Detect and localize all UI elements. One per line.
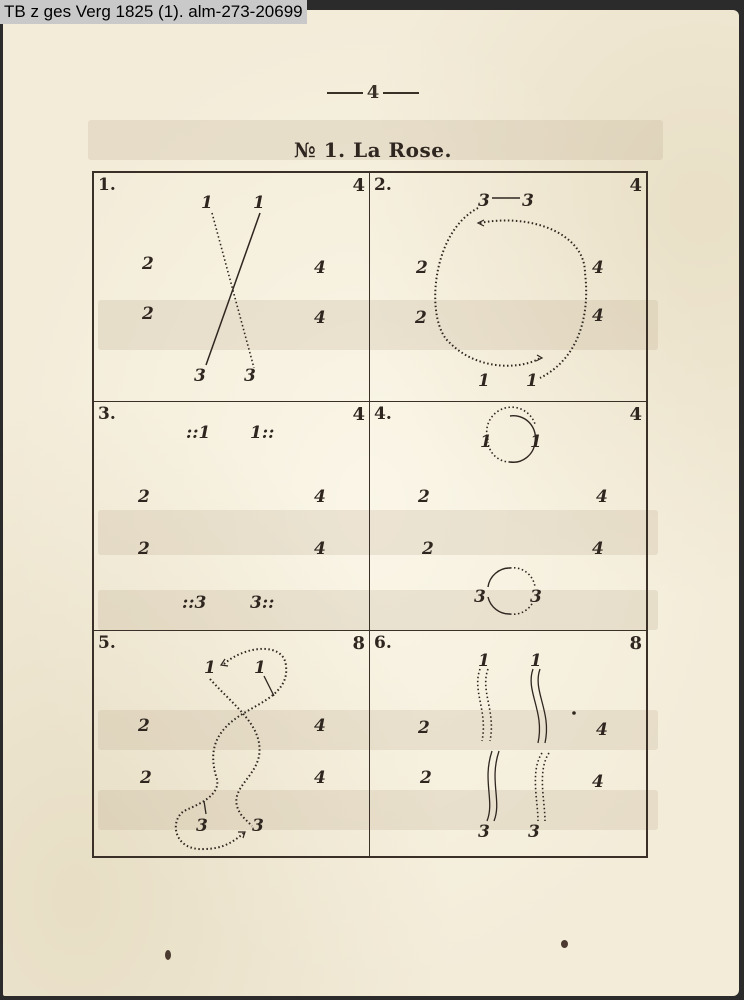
page-title: № 1. La Rose.	[253, 138, 493, 162]
svg-text:1: 1	[253, 193, 265, 213]
svg-text:4: 4	[314, 487, 326, 507]
figure-1-diagram: 1 1 2 2 4 4 3 3	[94, 173, 368, 401]
svg-text:4: 4	[596, 487, 608, 507]
svg-text:4: 4	[592, 258, 604, 278]
figure-grid: 1. 4 1 1 2 2 4 4 3 3 2. 4 3 3 2 2 4	[92, 171, 648, 858]
figure-6: 6. 8 1 1 2 2 4 4 3 3	[370, 631, 646, 856]
file-name-label: TB z ges Verg 1825 (1). alm-273-20699	[0, 0, 307, 24]
svg-text:2: 2	[421, 539, 434, 559]
svg-text:1: 1	[530, 651, 542, 671]
svg-text:2: 2	[139, 768, 152, 788]
figure-3: 3. 4 ::1 1:: 2 2 4 4 ::3 3::	[94, 402, 370, 631]
svg-text:4: 4	[314, 539, 326, 559]
figure-2-diagram: 3 3 2 2 4 4 1 1	[370, 173, 646, 401]
svg-text:2: 2	[417, 487, 430, 507]
svg-text:1: 1	[201, 193, 213, 213]
figure-5-diagram: 1 1 2 2 4 4 3 3	[94, 631, 368, 855]
svg-text:3: 3	[244, 366, 256, 386]
figure-4: 4. 4 1 1 2 2 4 4 3 3	[370, 402, 646, 631]
svg-text:4: 4	[592, 772, 604, 792]
svg-text:1: 1	[478, 371, 490, 391]
svg-text:3: 3	[478, 822, 490, 842]
figure-4-diagram: 1 1 2 2 4 4 3 3	[370, 402, 646, 630]
figure-2: 2. 4 3 3 2 2 4 4 1 1	[370, 173, 646, 402]
rule-right	[383, 92, 419, 94]
figure-3-diagram: ::1 1:: 2 2 4 4 ::3 3::	[94, 402, 368, 630]
svg-text:1: 1	[478, 651, 490, 671]
page-number-value: 4	[367, 82, 380, 103]
svg-text:4: 4	[314, 308, 326, 328]
svg-text:1: 1	[530, 432, 542, 452]
figure-6-diagram: 1 1 2 2 4 4 3 3	[370, 631, 646, 855]
ink-spot	[561, 940, 568, 948]
svg-text:4: 4	[314, 716, 326, 736]
svg-text:4: 4	[314, 258, 326, 278]
svg-text:1: 1	[480, 432, 492, 452]
svg-text:4: 4	[592, 306, 604, 326]
rule-left	[327, 92, 363, 94]
svg-text:4: 4	[596, 720, 608, 740]
figure-5: 5. 8 1 1 2 2 4 4 3 3	[94, 631, 370, 856]
figure-1: 1. 4 1 1 2 2 4 4 3 3	[94, 173, 370, 402]
svg-text:2: 2	[414, 308, 427, 328]
svg-text:2: 2	[137, 539, 150, 559]
svg-text:3: 3	[530, 587, 542, 607]
svg-text:3::: 3::	[250, 593, 274, 613]
svg-text:2: 2	[415, 258, 428, 278]
svg-text:3: 3	[194, 366, 206, 386]
svg-text:2: 2	[137, 487, 150, 507]
svg-text:2: 2	[419, 768, 432, 788]
svg-text:::3: ::3	[182, 593, 207, 613]
svg-text:1: 1	[254, 658, 266, 678]
ink-spot	[165, 950, 171, 960]
svg-text:4: 4	[314, 768, 326, 788]
svg-text:2: 2	[137, 716, 150, 736]
svg-text:4: 4	[592, 539, 604, 559]
svg-text:2: 2	[417, 718, 430, 738]
svg-text:1: 1	[204, 658, 216, 678]
svg-text:1: 1	[526, 371, 538, 391]
svg-text:3: 3	[528, 822, 540, 842]
svg-text:1::: 1::	[250, 423, 274, 443]
svg-text:3: 3	[196, 816, 208, 836]
svg-text:3: 3	[252, 816, 264, 836]
svg-text:3: 3	[474, 587, 486, 607]
svg-text:2: 2	[141, 304, 154, 324]
svg-text:3: 3	[478, 191, 490, 211]
svg-text:::1: ::1	[186, 423, 210, 443]
svg-text:2: 2	[141, 254, 154, 274]
page-number: 4	[303, 82, 443, 103]
svg-text:3: 3	[522, 191, 534, 211]
